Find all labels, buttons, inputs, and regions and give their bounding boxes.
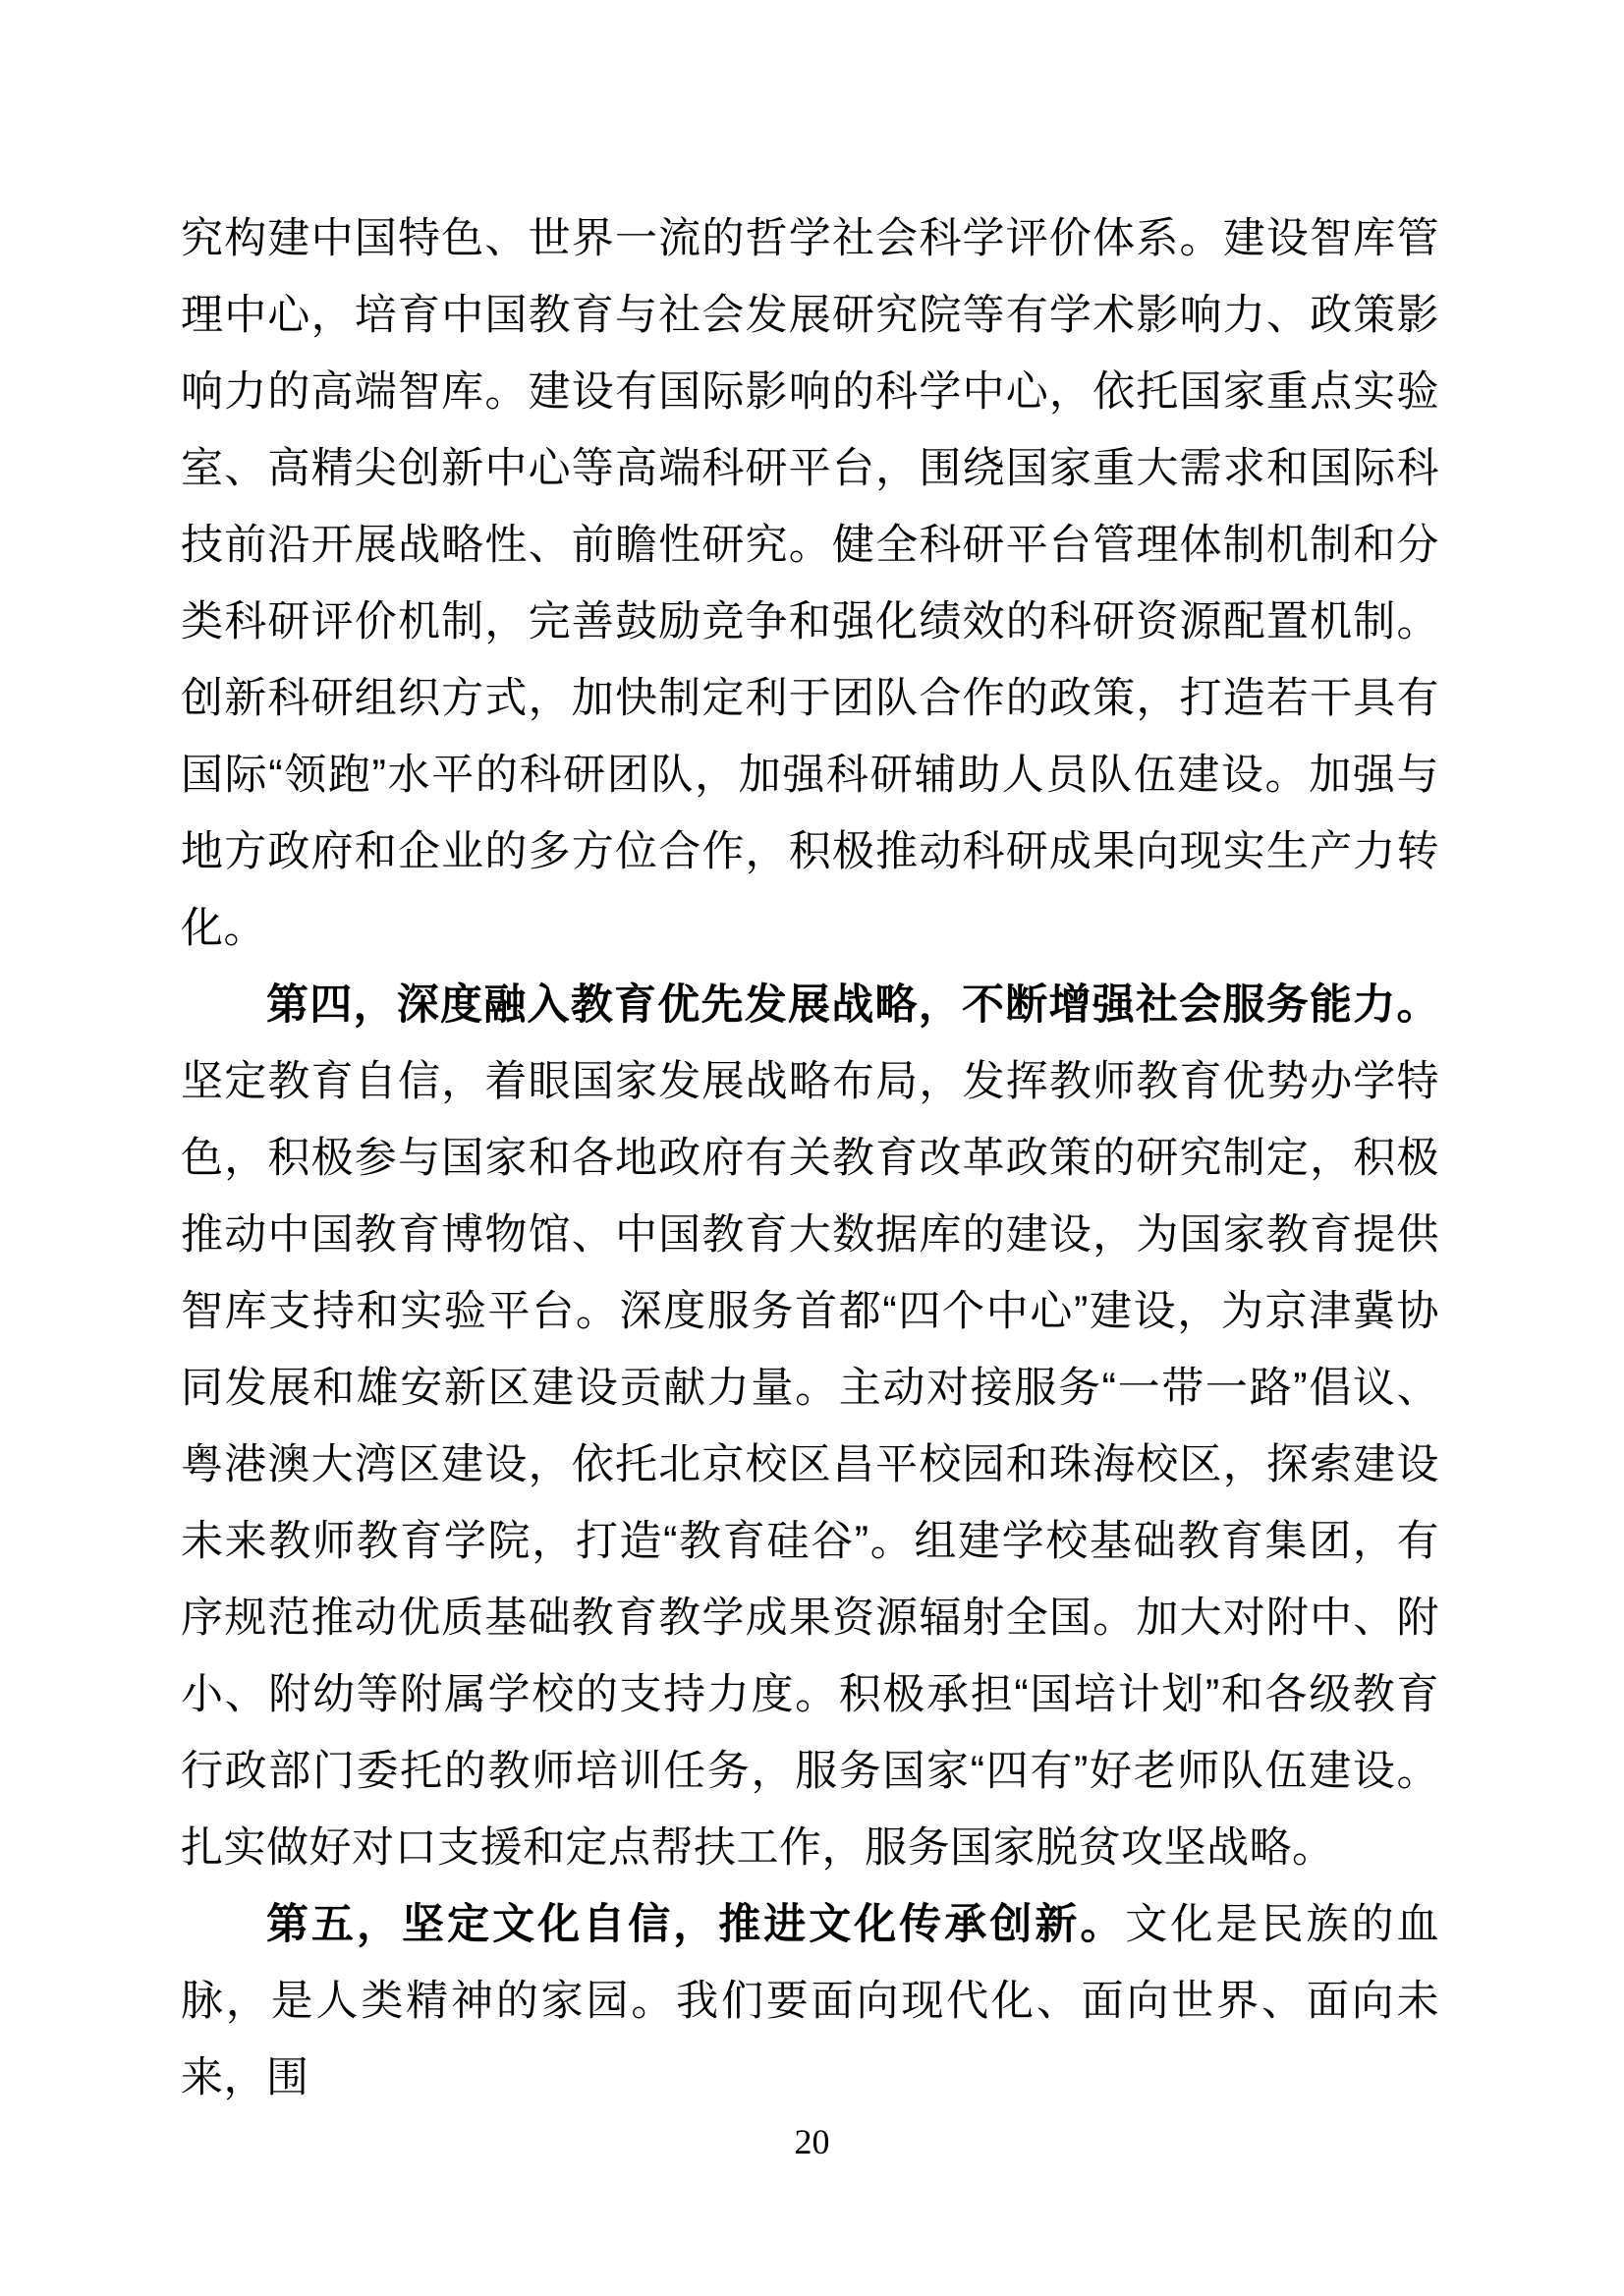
paragraph: 究构建中国特色、世界一流的哲学社会科学评价体系。建设智库管理中心，培育中国教育与… [181,200,1439,967]
page-body-text: 究构建中国特色、世界一流的哲学社会科学评价体系。建设智库管理中心，培育中国教育与… [181,200,1439,2116]
page-number: 20 [0,2120,1624,2163]
paragraph: 第四，深度融入教育优先发展战略，不断增强社会服务能力。坚定教育自信，着眼国家发展… [181,967,1439,1886]
paragraph-lead-heading: 第四，深度融入教育优先发展战略，不断增强社会服务能力。 [266,981,1439,1029]
paragraph-lead-heading: 第五，坚定文化自信，推进文化传承创新。 [266,1901,1125,1948]
document-page: 究构建中国特色、世界一流的哲学社会科学评价体系。建设智库管理中心，培育中国教育与… [0,0,1624,2296]
paragraph: 第五，坚定文化自信，推进文化传承创新。文化是民族的血脉，是人类精神的家园。我们要… [181,1886,1439,2116]
